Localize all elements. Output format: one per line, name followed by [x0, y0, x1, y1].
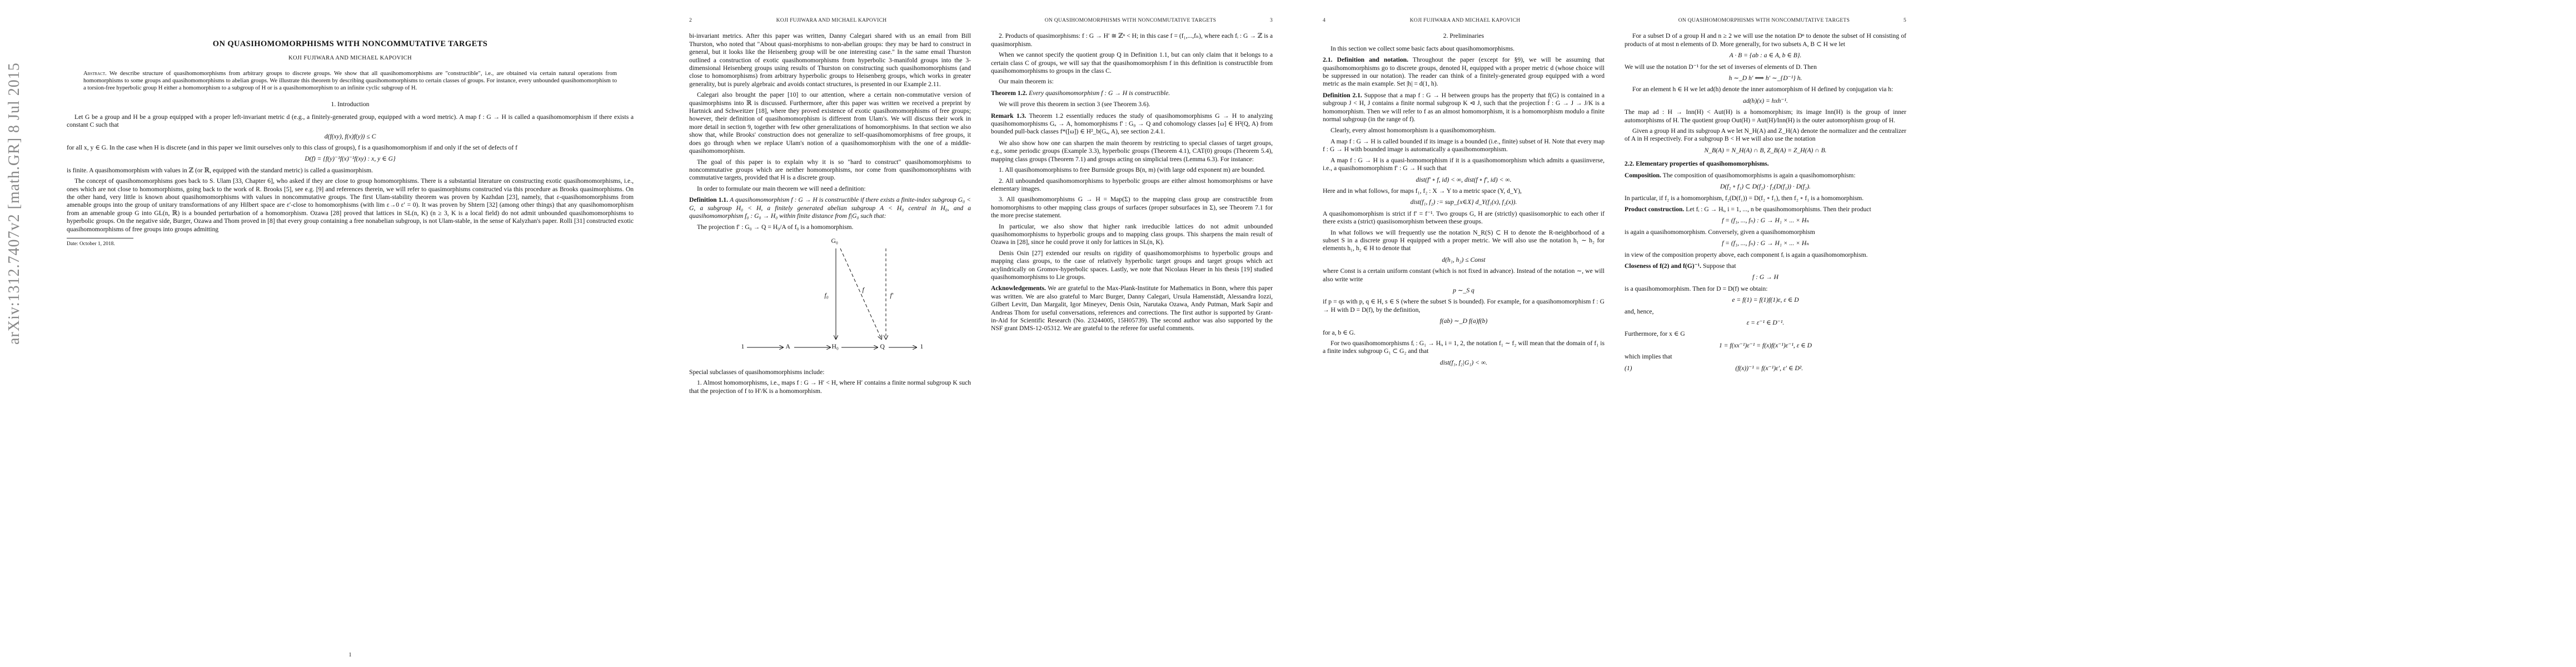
paragraph: in view of the composition property abov…	[1625, 251, 1906, 259]
paragraph: When we cannot specify the quotient grou…	[991, 51, 1273, 75]
definition-2-1: Definition 2.1. Suppose that a map f : G…	[1323, 92, 1605, 124]
column-right: ON QUASIHOMOMORPHISMS WITH NONCOMMUTATIV…	[1625, 17, 1906, 376]
diagram-label-f: f	[863, 286, 864, 294]
closeness: Closeness of f(2) and f(G)⁻¹. Suppose th…	[1625, 262, 1906, 270]
diagram-label-a: A	[786, 343, 790, 351]
page-number: 1	[44, 651, 656, 659]
paragraph: is again a quasihomomorphism. Conversely…	[1625, 228, 1906, 236]
paragraph: for all x, y ∈ G. In the case when H is …	[67, 144, 634, 152]
equation: f(ab) ∼_D f(a)f(b)	[1323, 317, 1605, 325]
list-item: 1. All quasihomomorphisms to free Burnsi…	[991, 166, 1273, 174]
column-right: ON QUASIHOMOMORPHISMS WITH NONCOMMUTATIV…	[991, 17, 1273, 398]
composition: Composition. The composition of quasihom…	[1625, 172, 1906, 180]
equation: 1 = f(xx⁻¹)ε⁻¹ = f(x)f(x⁻¹)ε⁻¹, ε ∈ D	[1625, 342, 1906, 350]
section-heading-preliminaries: 2. Preliminaries	[1323, 32, 1605, 40]
equation: dist(f′ ∘ f, id) < ∞, dist(f ∘ f′, id) <…	[1323, 176, 1605, 184]
page-number: 4	[1323, 17, 1326, 24]
page-1: ON QUASIHOMOMORPHISMS WITH NONCOMMUTATIV…	[44, 0, 656, 667]
commutative-diagram: G₀ 1 A H₀ Q 1 f₀ f f′	[730, 236, 930, 364]
running-head: ON QUASIHOMOMORPHISMS WITH NONCOMMUTATIV…	[1625, 17, 1906, 24]
list-item: 1. Almost homomorphisms, i.e., maps f : …	[689, 379, 971, 395]
running-head-title: ON QUASIHOMOMORPHISMS WITH NONCOMMUTATIV…	[1678, 17, 1850, 24]
abstract: Abstract. We describe structure of quasi…	[83, 70, 617, 92]
paragraph: Clearly, every almost homomorphism is a …	[1323, 127, 1605, 135]
remark-1-3: Remark 1.3. Theorem 1.2 essentially redu…	[991, 112, 1273, 136]
page-2: 2 KOJI FUJIWARA AND MICHAEL KAPOVICH bi-…	[667, 0, 1295, 667]
paragraph: For two quasihomomorphisms fᵢ : G₁ → Hᵢ,…	[1323, 340, 1605, 356]
paragraph: The map ad : H → Inn(H) < Aut(H) is a ho…	[1625, 108, 1906, 125]
paragraph: In this section we collect some basic fa…	[1323, 45, 1605, 53]
product-label: Product construction.	[1625, 206, 1684, 213]
paragraph: We will use the notation D⁻¹ for the set…	[1625, 63, 1906, 71]
paragraph: A map f : G → H is a quasi-homomorphism …	[1323, 157, 1605, 173]
paragraph: bi-invariant metrics. After this paper w…	[689, 32, 971, 88]
equation-number: (1)	[1625, 365, 1632, 372]
closeness-text: Suppose that	[1703, 262, 1736, 270]
paragraph: Given a group H and its subgroup A we le…	[1625, 127, 1906, 143]
theorem-text: Every quasihomomorphism f : G → H is con…	[1029, 89, 1170, 97]
equation: d(f(xy), f(x)f(y)) ≤ C	[67, 133, 634, 141]
equation: ε = ε⁻¹ ∈ D⁻¹.	[1625, 319, 1906, 327]
diagram-label-f0: f₀	[825, 292, 829, 300]
theorem-label: Theorem 1.2.	[991, 89, 1027, 97]
running-head: 2 KOJI FUJIWARA AND MICHAEL KAPOVICH	[689, 17, 971, 24]
diagram-label-1-right: 1	[920, 343, 924, 351]
paragraph: We will prove this theorem in section 3 …	[991, 101, 1273, 108]
remark-text: Theorem 1.2 essentially reduces the stud…	[991, 112, 1273, 136]
diagram-arrows	[730, 236, 930, 364]
paragraph: where Const is a certain uniform constan…	[1323, 267, 1605, 283]
equation: N_B(A) = N_H(A) ∩ B, Z_B(A) = Z_H(A) ∩ B…	[1625, 147, 1906, 155]
composition-label: Composition.	[1625, 172, 1661, 179]
diagram-label-h0: H₀	[832, 343, 839, 351]
composition-text: The composition of quasihomomorphisms is…	[1663, 172, 1856, 179]
equation: d(h₁, h₂) ≤ Const	[1323, 256, 1605, 264]
running-head-authors: KOJI FUJIWARA AND MICHAEL KAPOVICH	[1410, 17, 1521, 24]
footnote: Date: October 1, 2018.	[67, 238, 133, 248]
list-item: 2. All unbounded quasihomomorphisms to h…	[991, 177, 1273, 193]
paragraph: Denis Osin [27] extended our results on …	[991, 250, 1273, 282]
paragraph: is a quasihomomorphism. Then for D = D(f…	[1625, 285, 1906, 293]
equation: e = f(1) = f(1)f(1)ε, ε ∈ D	[1625, 296, 1906, 304]
definition-item: The projection f′ : G₀ → Q = H₀/A of f₀ …	[689, 223, 971, 231]
list-item: 2. Products of quasimorphisms: f : G → H…	[991, 32, 1273, 48]
paragraph: if p = qs with p, q ∈ H, s ∈ S (where th…	[1323, 298, 1605, 314]
abstract-text: We describe structure of quasihomomorphi…	[83, 71, 617, 91]
running-head: 4 KOJI FUJIWARA AND MICHAEL KAPOVICH	[1323, 17, 1605, 24]
acknowledgements: Acknowledgements. We are grateful to the…	[991, 285, 1273, 332]
acknowledgements-label: Acknowledgements.	[991, 285, 1046, 292]
product-text: Let fᵢ : G → Hᵢ, i = 1, ..., n be quasih…	[1686, 206, 1871, 213]
column-left: 4 KOJI FUJIWARA AND MICHAEL KAPOVICH 2. …	[1323, 17, 1605, 376]
equation: D(f₂ ∘ f₁) ⊂ D(f₂) · f₂(D(f₁)) · D(f₂).	[1625, 183, 1906, 191]
equation-body: (f(x))⁻¹ = f(x⁻¹)ε′, ε′ ∈ D².	[1735, 365, 1803, 372]
definition-text: A quasihomomorphism f : G → H is constru…	[689, 196, 971, 220]
subsection-heading: 2.1. Definition and notation.	[1323, 56, 1408, 63]
equation: dist(f₁, f₂|G₁) < ∞.	[1323, 359, 1605, 367]
paragraph: Our main theorem is:	[991, 78, 1273, 86]
definition-1-1: Definition 1.1. A quasihomomorphism f : …	[689, 196, 971, 220]
paragraph: for a, b ∈ G.	[1323, 329, 1605, 337]
paragraph: In what follows we will frequently use t…	[1323, 229, 1605, 253]
paragraph: In order to formulate our main theorem w…	[689, 185, 971, 193]
remark-label: Remark 1.3.	[991, 112, 1026, 120]
theorem-1-2: Theorem 1.2. Every quasihomomorphism f :…	[991, 89, 1273, 97]
equation: ad(h)(x) = hxh⁻¹.	[1625, 97, 1906, 105]
arxiv-stamp: arXiv:1312.7407v2 [math.GR] 8 Jul 2015	[6, 33, 30, 345]
paragraph: A quasihomomorphism is strict if f′ = f⁻…	[1323, 210, 1605, 226]
abstract-label: Abstract.	[83, 71, 107, 77]
paragraph: Special subclasses of quasihomomorphisms…	[689, 369, 971, 376]
definition-text: Suppose that a map f : G → H between gro…	[1323, 92, 1605, 123]
list-item: 3. All quasihomomorphisms G → H = Map(Σ)…	[991, 196, 1273, 220]
equation: h ∼_D h′ ⟺ h′ ∼_{D⁻¹} h.	[1625, 74, 1906, 82]
running-head-authors: KOJI FUJIWARA AND MICHAEL KAPOVICH	[776, 17, 887, 24]
equation: p ∼_S q	[1323, 287, 1605, 295]
definition-label: Definition 1.1.	[689, 196, 728, 203]
running-head-title: ON QUASIHOMOMORPHISMS WITH NONCOMMUTATIV…	[1045, 17, 1216, 24]
subsection-2-1: 2.1. Definition and notation. Throughout…	[1323, 56, 1605, 88]
equation: dist(f₁, f₂) := sup_{x∈X} d_Y(f₁(x), f₂(…	[1323, 198, 1605, 206]
paragraph: For an element h ∈ H we let ad(h) denote…	[1625, 86, 1906, 93]
equation: A · B = {ab : a ∈ A, b ∈ B}.	[1625, 52, 1906, 59]
page-number: 3	[1270, 17, 1273, 24]
equation: D(f) = {f(y)⁻¹f(x)⁻¹f(xy) : x, y ∈ G}	[67, 155, 634, 163]
diagram-label-fprime: f′	[890, 292, 894, 300]
diagram-label-g0: G₀	[831, 237, 838, 245]
equation-numbered: (1) (f(x))⁻¹ = f(x⁻¹)ε′, ε′ ∈ D².	[1625, 365, 1906, 372]
page-number: 2	[689, 17, 692, 24]
paragraph: The goal of this paper is to explain why…	[689, 158, 971, 182]
equation: f : G → H	[1625, 273, 1906, 281]
page-number: 5	[1904, 17, 1906, 24]
product-construction: Product construction. Let fᵢ : G → Hᵢ, i…	[1625, 206, 1906, 213]
paragraph: Calegari also brought the paper [10] to …	[689, 91, 971, 155]
paragraph: We also show how one can sharpen the mai…	[991, 140, 1273, 163]
paragraph: For a subset D of a group H and n ≥ 2 we…	[1625, 32, 1906, 48]
arxiv-id: arXiv:1312.7407v2 [math.GR] 8 Jul 2015	[6, 62, 23, 345]
diagram-label-q: Q	[880, 343, 885, 351]
column-left: 2 KOJI FUJIWARA AND MICHAEL KAPOVICH bi-…	[689, 17, 971, 398]
closeness-label: Closeness of f(2) and f(G)⁻¹.	[1625, 262, 1701, 270]
paper-title: ON QUASIHOMOMORPHISMS WITH NONCOMMUTATIV…	[67, 39, 634, 49]
paragraph: In particular, if f₂ is a homomorphism, …	[1625, 195, 1906, 202]
paragraph: Furthermore, for x ∈ G	[1625, 330, 1906, 338]
equation: f = (f₁, ..., fₙ) : G → H₁ × ... × Hₙ	[1625, 217, 1906, 225]
page-3: 4 KOJI FUJIWARA AND MICHAEL KAPOVICH 2. …	[1301, 0, 1929, 667]
definition-label: Definition 2.1.	[1323, 92, 1362, 99]
paragraph: and, hence,	[1625, 308, 1906, 316]
paragraph: is finite. A quasihomomorphism with valu…	[67, 167, 634, 175]
paragraph: The concept of quasihomomorphisms goes b…	[67, 177, 634, 233]
paragraph: Here and in what follows, for maps f₁, f…	[1323, 187, 1605, 195]
section-heading-introduction: 1. Introduction	[67, 101, 634, 108]
equation: f = (f₁, ..., fₙ) : G → H₁ × ... × Hₙ	[1625, 240, 1906, 247]
paragraph: In particular, we also show that higher …	[991, 223, 1273, 247]
subsection-heading: 2.2. Elementary properties of quasihomom…	[1625, 160, 1906, 168]
running-head: ON QUASIHOMOMORPHISMS WITH NONCOMMUTATIV…	[991, 17, 1273, 24]
paragraph: A map f : G → H is called bounded if its…	[1323, 138, 1605, 154]
diagram-label-1: 1	[741, 343, 745, 351]
paragraph: which implies that	[1625, 353, 1906, 361]
paragraph: Let G be a group and H be a group equipp…	[67, 113, 634, 130]
paper-authors: KOJI FUJIWARA AND MICHAEL KAPOVICH	[67, 54, 634, 62]
